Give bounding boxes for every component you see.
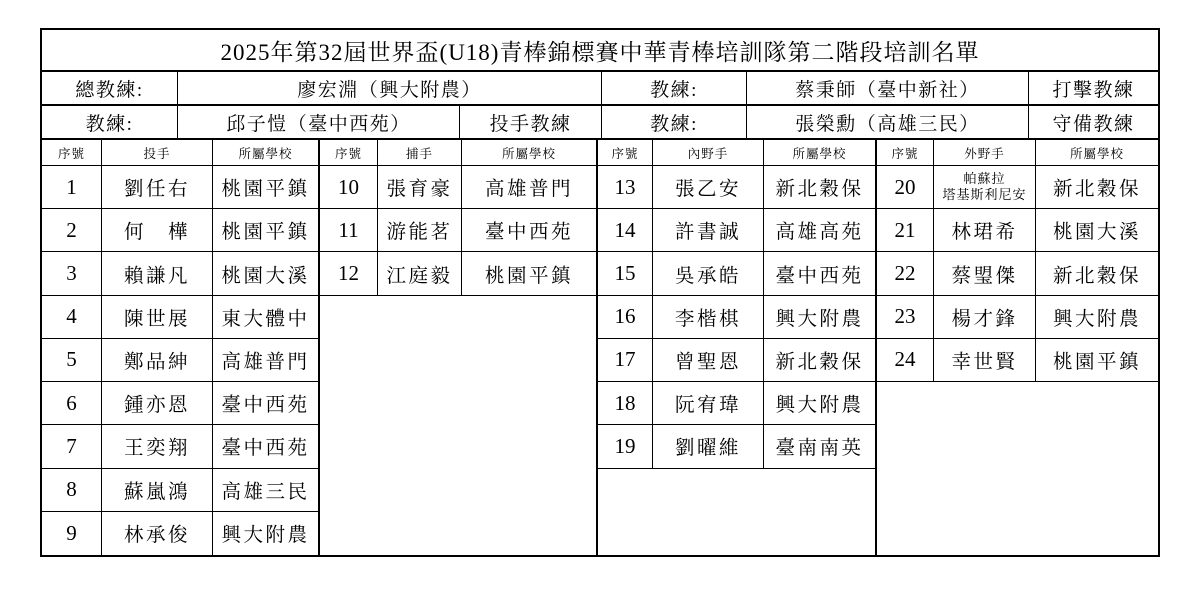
player-school: 新北穀保 <box>764 166 875 209</box>
player-name: 劉任右 <box>102 166 213 209</box>
col-header-school: 所屬學校 <box>1036 140 1158 166</box>
head-coach-label: 總教練: <box>42 72 178 104</box>
defense-coach-name: 張榮勳（高雄三民） <box>747 106 1029 138</box>
player-name: 蘇嵐鴻 <box>102 469 213 512</box>
player-school: 高雄普門 <box>213 339 318 382</box>
coach-label: 教練: <box>602 106 747 138</box>
player-name: 陳世展 <box>102 296 213 339</box>
coach-label: 教練: <box>42 106 178 138</box>
player-no: 14 <box>598 209 653 252</box>
col-header-position: 捕手 <box>378 140 462 166</box>
player-name: 蔡琞傑 <box>934 252 1036 295</box>
col-header-no: 序號 <box>42 140 102 166</box>
staff-row-2: 教練: 邱子愷（臺中西苑） 投手教練 教練: 張榮勳（高雄三民） 守備教練 <box>42 106 1158 140</box>
player-no: 1 <box>42 166 102 209</box>
player-name: 吳承皓 <box>653 252 764 295</box>
player-school: 興大附農 <box>764 296 875 339</box>
pitching-coach-name: 邱子愷（臺中西苑） <box>178 106 460 138</box>
player-no: 6 <box>42 382 102 425</box>
col-header-position: 外野手 <box>934 140 1036 166</box>
batting-coach-role: 打擊教練 <box>1029 72 1158 104</box>
pitching-coach-role: 投手教練 <box>460 106 602 138</box>
player-grid: 序號 投手 所屬學校 1 劉任右 桃園平鎮 2 何 樺 桃園平鎮 3 賴謙凡 桃… <box>42 140 1158 555</box>
group-catchers: 序號 捕手 所屬學校 10 張育豪 高雄普門 11 游能茗 臺中西苑 12 江庭… <box>320 140 598 555</box>
player-name: 阮宥瑋 <box>653 382 764 425</box>
player-name: 曾聖恩 <box>653 339 764 382</box>
player-name: 帕蘇拉 塔基斯利尼安 <box>934 166 1036 209</box>
player-name: 楊才鋒 <box>934 296 1036 339</box>
defense-coach-role: 守備教練 <box>1029 106 1158 138</box>
player-school: 興大附農 <box>213 512 318 555</box>
player-school: 興大附農 <box>1036 296 1158 339</box>
player-no: 9 <box>42 512 102 555</box>
player-no: 22 <box>877 252 934 295</box>
player-name: 賴謙凡 <box>102 252 213 295</box>
player-no: 19 <box>598 425 653 468</box>
player-school: 桃園平鎮 <box>462 252 596 295</box>
group-infielders: 序號 內野手 所屬學校 13 張乙安 新北穀保 14 許書誠 高雄高苑 15 吳… <box>598 140 877 555</box>
empty-cell <box>877 382 1158 555</box>
col-header-school: 所屬學校 <box>213 140 318 166</box>
player-name: 鍾亦恩 <box>102 382 213 425</box>
player-name: 張育豪 <box>378 166 462 209</box>
player-no: 3 <box>42 252 102 295</box>
player-no: 18 <box>598 382 653 425</box>
col-header-no: 序號 <box>877 140 934 166</box>
group-outfielders: 序號 外野手 所屬學校 20 帕蘇拉 塔基斯利尼安 新北穀保 21 林珺希 桃園… <box>877 140 1158 555</box>
group-pitchers: 序號 投手 所屬學校 1 劉任右 桃園平鎮 2 何 樺 桃園平鎮 3 賴謙凡 桃… <box>42 140 320 555</box>
player-name: 林承俊 <box>102 512 213 555</box>
player-no: 8 <box>42 469 102 512</box>
player-no: 13 <box>598 166 653 209</box>
player-school: 新北穀保 <box>1036 166 1158 209</box>
player-school: 興大附農 <box>764 382 875 425</box>
player-no: 12 <box>320 252 378 295</box>
player-name-line2: 塔基斯利尼安 <box>942 187 1026 203</box>
col-header-position: 投手 <box>102 140 213 166</box>
player-school: 東大體中 <box>213 296 318 339</box>
player-name: 王奕翔 <box>102 425 213 468</box>
player-no: 15 <box>598 252 653 295</box>
player-school: 高雄三民 <box>213 469 318 512</box>
player-school: 桃園大溪 <box>213 252 318 295</box>
player-school: 高雄普門 <box>462 166 596 209</box>
coach-label: 教練: <box>602 72 747 104</box>
player-school: 桃園大溪 <box>1036 209 1158 252</box>
player-no: 16 <box>598 296 653 339</box>
player-no: 5 <box>42 339 102 382</box>
player-school: 臺中西苑 <box>213 425 318 468</box>
col-header-school: 所屬學校 <box>764 140 875 166</box>
col-header-no: 序號 <box>598 140 653 166</box>
player-name: 幸世賢 <box>934 339 1036 382</box>
player-school: 桃園平鎮 <box>213 166 318 209</box>
player-name: 許書誠 <box>653 209 764 252</box>
player-no: 7 <box>42 425 102 468</box>
col-header-school: 所屬學校 <box>462 140 596 166</box>
player-name: 張乙安 <box>653 166 764 209</box>
col-header-no: 序號 <box>320 140 378 166</box>
roster-table: 2025年第32屆世界盃(U18)青棒錦標賽中華青棒培訓隊第二階段培訓名單 總教… <box>40 28 1160 557</box>
player-name: 游能茗 <box>378 209 462 252</box>
player-school: 臺中西苑 <box>213 382 318 425</box>
col-header-position: 內野手 <box>653 140 764 166</box>
player-name: 江庭毅 <box>378 252 462 295</box>
player-no: 21 <box>877 209 934 252</box>
staff-row-1: 總教練: 廖宏淵（興大附農） 教練: 蔡秉師（臺中新社） 打擊教練 <box>42 72 1158 106</box>
empty-cell <box>320 296 596 555</box>
empty-cell <box>598 469 875 555</box>
roster-document-page: 2025年第32屆世界盃(U18)青棒錦標賽中華青棒培訓隊第二階段培訓名單 總教… <box>0 0 1200 597</box>
player-name: 鄭品紳 <box>102 339 213 382</box>
player-school: 臺中西苑 <box>462 209 596 252</box>
player-school: 臺中西苑 <box>764 252 875 295</box>
player-no: 24 <box>877 339 934 382</box>
player-name: 劉曜維 <box>653 425 764 468</box>
player-school: 新北穀保 <box>764 339 875 382</box>
player-no: 23 <box>877 296 934 339</box>
player-no: 4 <box>42 296 102 339</box>
player-name: 李楷棋 <box>653 296 764 339</box>
player-school: 桃園平鎮 <box>1036 339 1158 382</box>
head-coach-name: 廖宏淵（興大附農） <box>178 72 602 104</box>
player-no: 10 <box>320 166 378 209</box>
player-school: 桃園平鎮 <box>213 209 318 252</box>
player-name: 林珺希 <box>934 209 1036 252</box>
player-name: 何 樺 <box>102 209 213 252</box>
player-no: 11 <box>320 209 378 252</box>
document-title: 2025年第32屆世界盃(U18)青棒錦標賽中華青棒培訓隊第二階段培訓名單 <box>42 30 1158 72</box>
player-no: 2 <box>42 209 102 252</box>
player-no: 20 <box>877 166 934 209</box>
batting-coach-name: 蔡秉師（臺中新社） <box>747 72 1029 104</box>
player-no: 17 <box>598 339 653 382</box>
player-name-line1: 帕蘇拉 <box>963 171 1005 187</box>
player-school: 新北穀保 <box>1036 252 1158 295</box>
player-school: 臺南南英 <box>764 425 875 468</box>
player-school: 高雄高苑 <box>764 209 875 252</box>
